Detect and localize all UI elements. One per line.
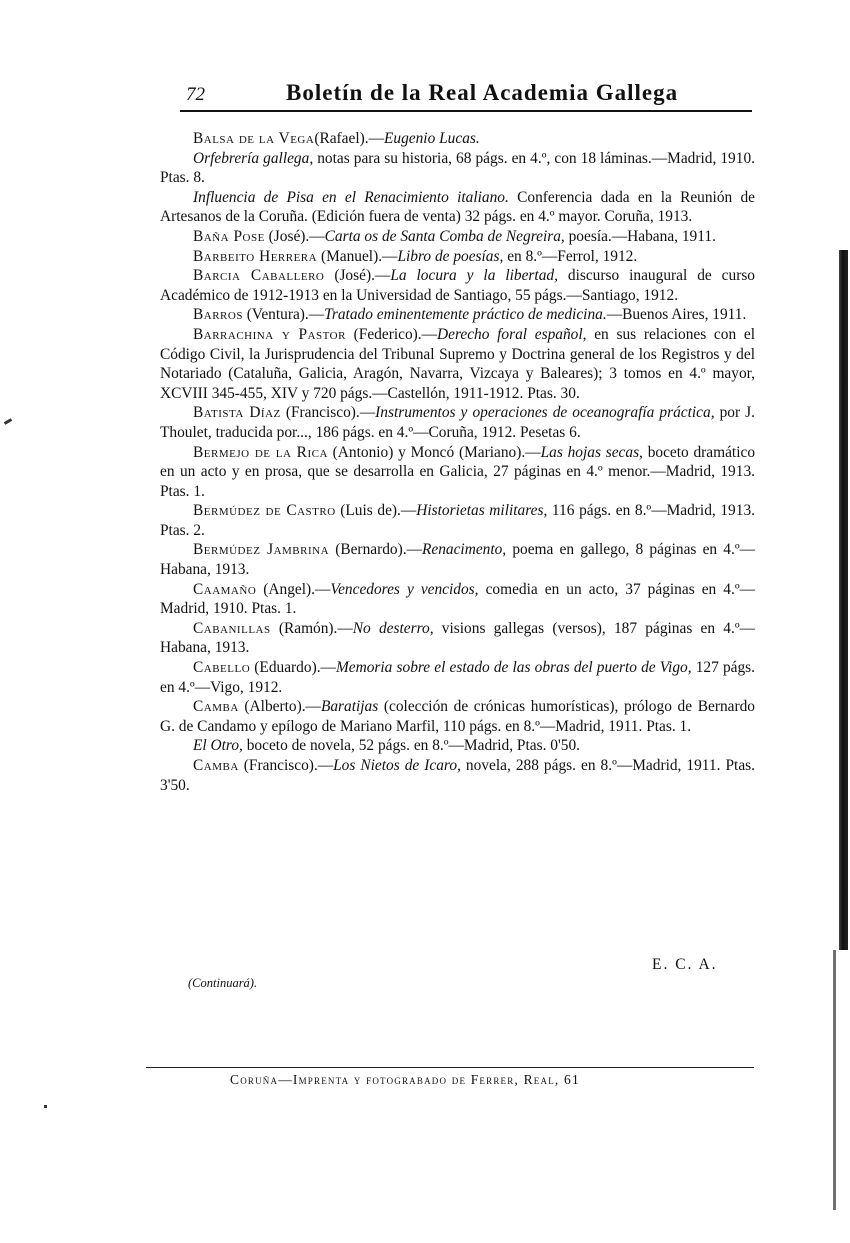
continuation-note: (Continuará). (188, 976, 257, 991)
bibliography-entry: Cabello (Eduardo).—Memoria sobre el esta… (160, 658, 755, 697)
entry-title: Carta os de Santa Comba de Negreira, (325, 228, 565, 245)
entry-author: Balsa de la Vega (193, 130, 314, 147)
entry-title: Historietas militares, (416, 502, 547, 519)
entry-given: (Angel).— (256, 581, 330, 598)
bibliography-entry: Barbeito Herrera (Manuel).—Libro de poes… (160, 247, 755, 267)
entry-title: Renacimento, (422, 541, 506, 558)
entry-author: Batista Díaz (193, 404, 281, 421)
entry-title: Los Nietos de Icaro, (333, 757, 461, 774)
entry-title: Memoria sobre el estado de las obras del… (336, 659, 692, 676)
entry-given: (Rafael).— (314, 130, 384, 147)
entry-details: —Buenos Aires, 1911. (607, 306, 747, 323)
entry-title: Libro de poesías, (397, 248, 503, 265)
bibliography-entry: Orfebrería gallega, notas para su histor… (160, 149, 755, 188)
bibliography-entry: Camba (Alberto).—Baratijas (colección de… (160, 697, 755, 736)
journal-title: Boletín de la Real Academia Gallega (286, 80, 678, 106)
entry-given: (Manuel).— (317, 248, 397, 265)
entry-given: (Eduardo).— (250, 659, 336, 676)
entry-author: Bermúdez Jambrina (193, 541, 329, 558)
entry-details: boceto de novela, 52 págs. en 8.º—Madrid… (243, 737, 580, 754)
entry-author: Cabello (193, 659, 250, 676)
bibliography-entry: Balsa de la Vega(Rafael).—Eugenio Lucas. (160, 129, 755, 149)
entry-title: Baratijas (321, 698, 378, 715)
bibliography-entry: Batista Díaz (Francisco).—Instrumentos y… (160, 403, 755, 442)
entry-author: Barros (193, 306, 243, 323)
entry-title: Instrumentos y operaciones de oceanograf… (375, 404, 714, 421)
page-number: 72 (186, 84, 205, 106)
entry-given: (Antonio) y Moncó (Mariano).— (328, 444, 541, 461)
entry-title: Vencedores y vencidos, (330, 581, 478, 598)
entry-title: La locura y la libertad, (390, 267, 558, 284)
entry-given: (Francisco).— (239, 757, 333, 774)
entry-author: Caamaño (193, 581, 256, 598)
footer-rule (146, 1067, 754, 1068)
bibliography-entry: Barrachina y Pastor (Federico).—Derecho … (160, 325, 755, 403)
scan-speck (4, 418, 12, 425)
bibliography-list: Balsa de la Vega(Rafael).—Eugenio Lucas.… (160, 129, 755, 795)
entry-given: (Francisco).— (281, 404, 375, 421)
bibliography-entry: Cabanillas (Ramón).—No desterro, visions… (160, 619, 755, 658)
entry-author: Barbeito Herrera (193, 248, 317, 265)
printer-imprint: Coruña—Imprenta y fotograbado de Ferrer,… (230, 1072, 580, 1088)
entry-author: Cabanillas (193, 620, 271, 637)
entry-title: Tratado eminentemente práctico de medici… (324, 306, 607, 323)
bibliography-entry: Barros (Ventura).—Tratado eminentemente … (160, 305, 755, 325)
entry-author: Baña Pose (193, 228, 265, 245)
bibliography-entry: Caamaño (Angel).—Vencedores y vencidos, … (160, 580, 755, 619)
entry-title: Derecho foral español, (437, 326, 587, 343)
bibliography-entry: Barcia Caballero (José).—La locura y la … (160, 266, 755, 305)
entry-title: Orfebrería gallega, (193, 150, 313, 167)
bibliography-entry: Bermejo de la Rica (Antonio) y Moncó (Ma… (160, 443, 755, 502)
bibliography-entry: Bermúdez Jambrina (Bernardo).—Renaciment… (160, 540, 755, 579)
entry-title: Eugenio Lucas. (384, 130, 480, 147)
entry-author: Bermúdez de Castro (193, 502, 336, 519)
entry-given: (Luis de).— (336, 502, 417, 519)
entry-title: Las hojas secas, (541, 444, 643, 461)
bibliography-entry: El Otro, boceto de novela, 52 págs. en 8… (160, 736, 755, 756)
entry-details: poesía.—Habana, 1911. (565, 228, 716, 245)
entry-given: (Ventura).— (243, 306, 324, 323)
entry-title: No desterro, (353, 620, 434, 637)
entry-author: Camba (193, 757, 239, 774)
author-signature: E. C. A. (652, 956, 718, 974)
entry-given: (Bernardo).— (329, 541, 422, 558)
scanned-page: 72 Boletín de la Real Academia Gallega B… (0, 0, 850, 1243)
bibliography-entry: Bermúdez de Castro (Luis de).—Historieta… (160, 501, 755, 540)
page-edge-shadow (839, 250, 848, 950)
entry-author: Barcia Caballero (193, 267, 324, 284)
entry-given: (Ramón).— (271, 620, 353, 637)
entry-given: (Alberto).— (239, 698, 321, 715)
bibliography-entry: Baña Pose (José).—Carta os de Santa Comb… (160, 227, 755, 247)
entry-author: Bermejo de la Rica (193, 444, 328, 461)
bibliography-entry: Influencia de Pisa en el Renacimiento it… (160, 188, 755, 227)
entry-title: Influencia de Pisa en el Renacimiento it… (193, 189, 509, 206)
entry-given: (José).— (265, 228, 325, 245)
entry-author: Camba (193, 698, 239, 715)
scan-speck (44, 1105, 47, 1108)
entry-title: El Otro, (193, 737, 243, 754)
page-edge-shadow-lower (833, 950, 836, 1210)
bibliography-entry: Camba (Francisco).—Los Nietos de Icaro, … (160, 756, 755, 795)
header-rule (180, 110, 752, 112)
entry-given: (José).— (324, 267, 390, 284)
entry-given: (Federico).— (346, 326, 437, 343)
page-header: 72 Boletín de la Real Academia Gallega (186, 80, 756, 112)
entry-details: en 8.º—Ferrol, 1912. (503, 248, 637, 265)
entry-author: Barrachina y Pastor (193, 326, 346, 343)
